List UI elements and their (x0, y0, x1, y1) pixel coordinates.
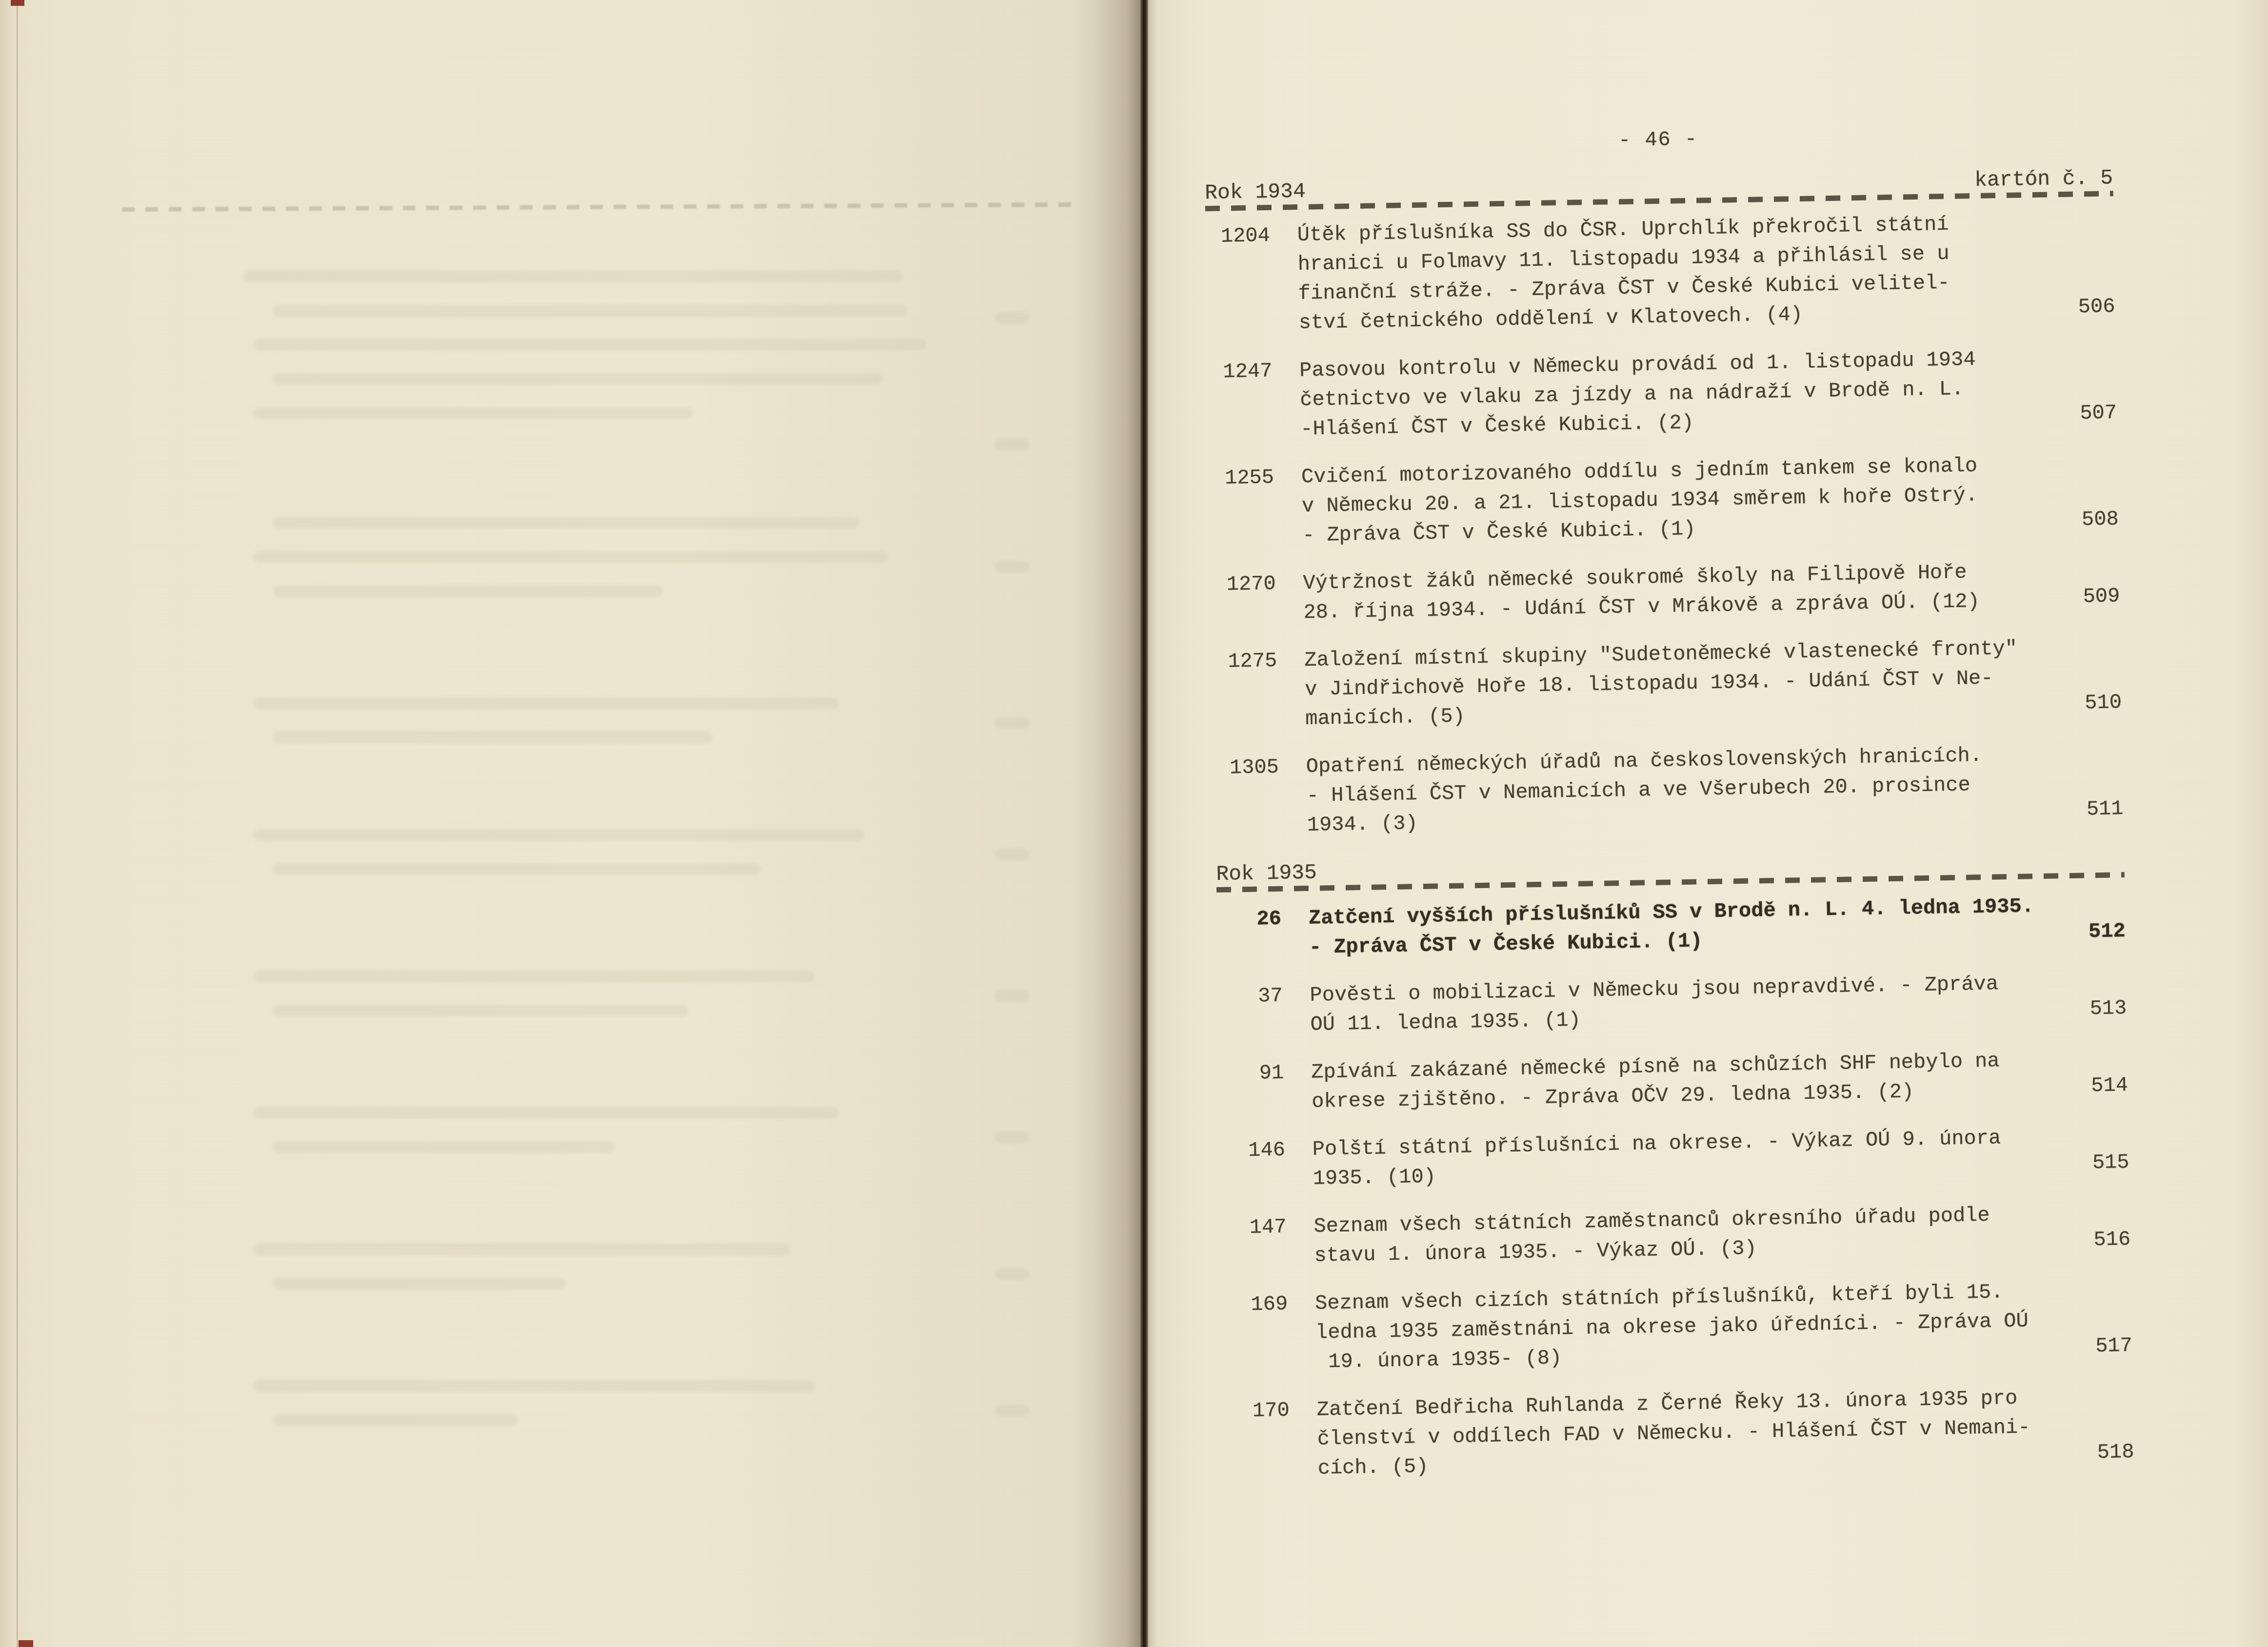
corner-mark-top-left (11, 0, 24, 6)
book-spread-scan: - 46 - Rok 1934 kartón č. 5 1204 Útěk př… (0, 0, 2268, 1647)
entry-description: Založení místní skupiny "Sudetoněmecké v… (1304, 634, 2039, 734)
entry-description: Opatření německých úřadů na českoslovens… (1306, 740, 2041, 840)
bleed-through-line (254, 829, 863, 841)
entry-number: 26 (1217, 904, 1282, 934)
entry-page-number: 510 (2063, 688, 2122, 718)
bleed-through-line (273, 863, 761, 875)
bleed-through-line (254, 1107, 839, 1119)
entry-number: 170 (1225, 1396, 1290, 1426)
year-label-1935: Rok 1935 (1216, 861, 1317, 886)
inventory-entry: 170 Zatčení Bedřicha Ruhlanda z Černé Ře… (1225, 1382, 2134, 1485)
bleed-through-line (995, 717, 1029, 729)
entry-page-number: 507 (2058, 398, 2117, 428)
entry-number: 1204 (1205, 221, 1270, 251)
entry-page-number: 516 (2072, 1225, 2131, 1255)
inventory-entry: 1247 Pasovou kontrolu v Německu provádí … (1208, 342, 2117, 445)
bleed-through-line (273, 373, 883, 385)
bleed-through-line (273, 517, 858, 529)
entry-page-number: 506 (2056, 292, 2115, 322)
bleed-through-line (995, 1405, 1029, 1416)
bleed-through-line (254, 971, 815, 982)
bleed-through-line (254, 1380, 815, 1392)
bleed-through-rule (122, 202, 1073, 212)
entry-number: 1255 (1210, 463, 1274, 493)
bleed-through-line (273, 1414, 517, 1426)
bleed-through-line (244, 271, 902, 282)
bleed-through-line (254, 407, 693, 419)
bleed-through-line (273, 1278, 566, 1290)
entry-page-number: 518 (2075, 1437, 2134, 1468)
inventory-entry: 169 Seznam všech cizích státních přísluš… (1223, 1275, 2133, 1378)
right-page: - 46 - Rok 1934 kartón č. 5 1204 Útěk př… (1148, 0, 2268, 1647)
bleed-through-line (273, 732, 712, 743)
entry-number: 1270 (1211, 569, 1276, 599)
inventory-entry: 1305 Opatření německých úřadů na českosl… (1214, 738, 2124, 841)
entry-number: 91 (1219, 1058, 1284, 1089)
bleed-through-line (995, 849, 1029, 860)
entry-description: Zatčení Bedřicha Ruhlanda z Černé Řeky 1… (1316, 1383, 2051, 1483)
bleed-through-line (995, 990, 1029, 1002)
entry-number: 146 (1220, 1135, 1285, 1166)
inventory-entry: 147 Seznam všech státních zaměstnanců ok… (1222, 1198, 2131, 1272)
bleed-through-line (273, 1141, 615, 1153)
inventory-entry: 1270 Výtržnost žáků německé soukromé ško… (1211, 555, 2120, 629)
corner-mark-bottom-left (19, 1640, 33, 1647)
entry-number: 37 (1218, 981, 1283, 1012)
inventory-entry: 26 Zatčení vyšších příslušníků SS v Brod… (1217, 890, 2126, 964)
entry-description: Zatčení vyšších příslušníků SS v Brodě n… (1309, 892, 2043, 962)
entries-1935: 26 Zatčení vyšších příslušníků SS v Brod… (1217, 890, 2134, 1485)
typewritten-content: - 46 - Rok 1934 kartón č. 5 1204 Útěk př… (1202, 0, 2135, 1503)
entry-description: Pasovou kontrolu v Německu provádí od 1.… (1299, 344, 2034, 444)
inventory-entry: 1204 Útěk příslušníka SS do ČSR. Uprchlí… (1205, 207, 2115, 339)
bleed-through-line (254, 1244, 790, 1255)
entry-page-number: 517 (2073, 1331, 2132, 1361)
entry-page-number: 511 (2065, 794, 2124, 824)
entry-description: Útěk příslušníka SS do ČSR. Uprchlík pře… (1297, 208, 2032, 337)
inventory-entry: 146 Polští státní příslušníci na okrese.… (1220, 1121, 2129, 1195)
entry-description: Cvičení motorizovaného oddílu s jedním t… (1301, 450, 2036, 550)
bleed-through-line (254, 697, 839, 709)
bleed-through-line (995, 1131, 1029, 1143)
bleed-through-line (995, 439, 1029, 451)
inventory-entry: 37 Pověsti o mobilizaci v Německu jsou n… (1218, 967, 2127, 1041)
entry-description: Seznam všech cizích státních příslušníků… (1315, 1277, 2050, 1377)
left-page (0, 0, 1140, 1647)
bleed-through-line (254, 339, 927, 351)
entry-number: 147 (1222, 1212, 1287, 1243)
entry-number: 1247 (1208, 357, 1273, 387)
entry-description: Zpívání zakázané německé písně na schůzí… (1311, 1046, 2046, 1116)
entry-number: 1275 (1213, 646, 1277, 676)
page-number: - 46 - (1204, 118, 2112, 162)
entry-description: Výtržnost žáků německé soukromé školy na… (1303, 556, 2037, 627)
bleed-through-line (995, 561, 1029, 573)
entry-page-number: 509 (2061, 581, 2120, 612)
entry-number: 1305 (1214, 753, 1279, 783)
page-edge-line (17, 0, 18, 1647)
entry-page-number: 508 (2060, 504, 2119, 535)
inventory-entry: 91 Zpívání zakázané německé písně na sch… (1219, 1044, 2129, 1118)
entry-page-number: 512 (2067, 916, 2126, 947)
entry-page-number: 513 (2068, 993, 2127, 1024)
entry-description: Pověsti o mobilizaci v Německu jsou nepr… (1310, 969, 2044, 1039)
entry-description: Seznam všech státních zaměstnanců okresn… (1313, 1200, 2048, 1270)
entry-page-number: 514 (2069, 1071, 2128, 1101)
entries-1934: 1204 Útěk příslušníka SS do ČSR. Uprchlí… (1205, 207, 2124, 841)
entry-page-number: 515 (2070, 1148, 2129, 1178)
bleed-through-line (254, 551, 888, 563)
bleed-through-line (273, 305, 907, 317)
book-gutter (1140, 0, 1148, 1647)
inventory-entry: 1275 Založení místní skupiny "Sudetoněme… (1213, 632, 2122, 735)
bleed-through-line (273, 1005, 688, 1016)
entry-description: Polští státní příslušníci na okrese. - V… (1312, 1123, 2047, 1193)
entry-number: 169 (1223, 1290, 1288, 1320)
inventory-entry: 1255 Cvičení motorizovaného oddílu s jed… (1210, 449, 2119, 552)
carton-label: kartón č. 5 (1974, 163, 2113, 195)
bleed-through-line (995, 1268, 1029, 1280)
bleed-through-line (995, 312, 1029, 324)
year-label-1934: Rok 1934 (1205, 177, 1306, 208)
bleed-through-line (273, 585, 663, 597)
